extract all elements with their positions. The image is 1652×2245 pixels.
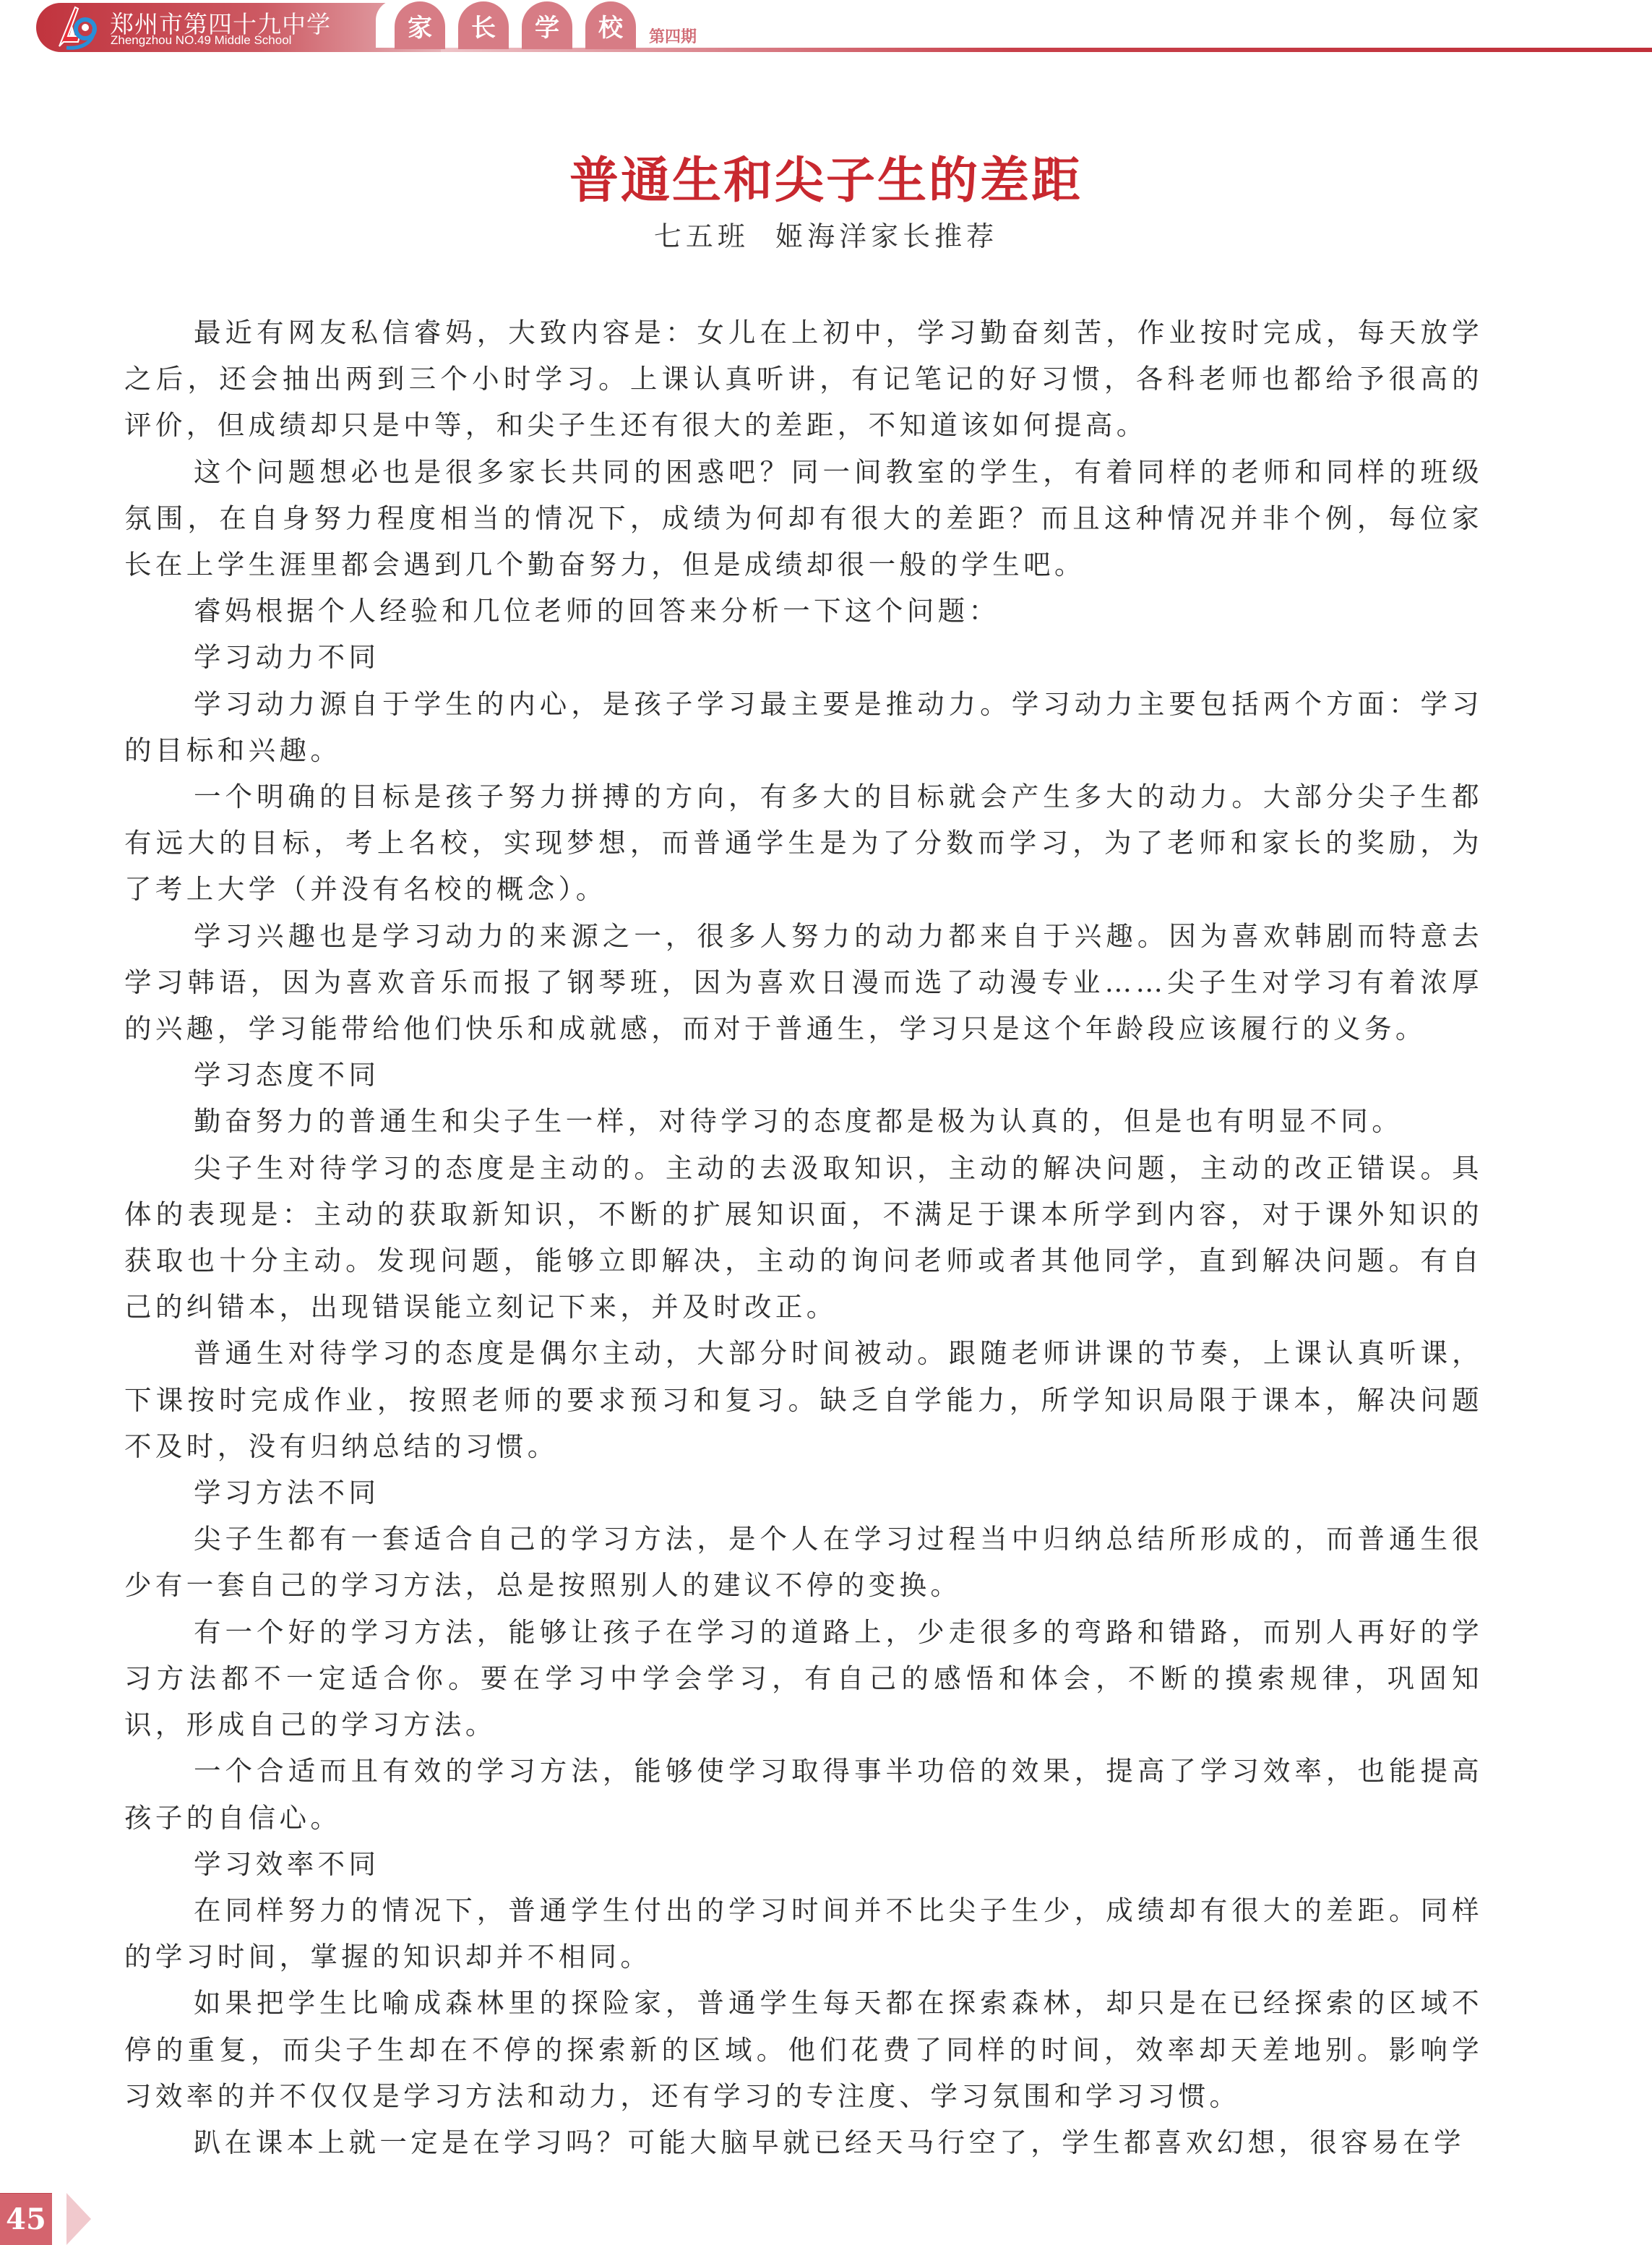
issue-label: 第四期 — [649, 25, 697, 47]
paragraph: 学习兴趣也是学习动力的来源之一，很多人努力的动力都来自于兴趣。因为喜欢韩剧而特意… — [124, 913, 1483, 1052]
section-heading: 学习动力不同 — [124, 634, 1483, 680]
page-number: 45 — [0, 2193, 52, 2245]
paragraph: 尖子生对待学习的态度是主动的。主动的去汲取知识，主动的解决问题，主动的改正错误。… — [124, 1145, 1483, 1331]
triangle-right-icon — [66, 2193, 91, 2245]
paragraph: 一个合适而且有效的学习方法，能够使学习取得事半功倍的效果，提高了学习效率，也能提… — [124, 1748, 1483, 1840]
paragraph: 勤奋努力的普通生和尖子生一样，对待学习的态度都是极为认真的，但是也有明显不同。 — [124, 1098, 1483, 1144]
article-title: 普通生和尖子生的差距 — [0, 142, 1652, 212]
paragraph: 尖子生都有一套适合自己的学习方法，是个人在学习过程当中归纳总结所形成的，而普通生… — [124, 1516, 1483, 1608]
paragraph: 最近有网友私信睿妈，大致内容是：女儿在上初中，学习勤奋刻苦，作业按时完成，每天放… — [124, 309, 1483, 449]
paragraph: 普通生对待学习的态度是偶尔主动，大部分时间被动。跟随老师讲课的节奏，上课认真听课… — [124, 1330, 1483, 1469]
paragraph: 一个明确的目标是孩子努力拼搏的方向，有多大的目标就会产生多大的动力。大部分尖子生… — [124, 773, 1483, 913]
paragraph: 这个问题想必也是很多家长共同的困惑吧？同一间教室的学生，有着同样的老师和同样的班… — [124, 449, 1483, 588]
school-49-logo-icon — [53, 4, 101, 51]
section-heading: 学习态度不同 — [124, 1052, 1483, 1098]
paragraph: 学习动力源自于学生的内心，是孩子学习最主要是推动力。学习动力主要包括两个方面：学… — [124, 681, 1483, 773]
paragraph: 有一个好的学习方法，能够让孩子在学习的道路上，少走很多的弯路和错路，而别人再好的… — [124, 1609, 1483, 1748]
paragraph: 睿妈根据个人经验和几位老师的回答来分析一下这个问题： — [124, 588, 1483, 634]
section-char-xue: 学 — [522, 1, 572, 49]
article-body: 最近有网友私信睿妈，大致内容是：女儿在上初中，学习勤奋刻苦，作业按时完成，每天放… — [124, 309, 1483, 2165]
section-heading: 学习方法不同 — [124, 1469, 1483, 1516]
section-char-jia: 家 — [395, 1, 445, 49]
paragraph: 趴在课本上就一定是在学习吗？可能大脑早就已经天马行空了，学生都喜欢幻想，很容易在… — [124, 2119, 1483, 2165]
article-byline: 七五班 姬海洋家长推荐 — [0, 214, 1652, 254]
section-char-zhang: 长 — [458, 1, 509, 49]
paragraph: 在同样努力的情况下，普通学生付出的学习时间并不比尖子生少，成绩却有很大的差距。同… — [124, 1887, 1483, 1980]
paragraph: 如果把学生比喻成森林里的探险家，普通学生每天都在探索森林，却只是在已经探索的区域… — [124, 1980, 1483, 2119]
section-char-xiao: 校 — [585, 1, 636, 49]
school-name-en: Zhengzhou NO.49 Middle School — [111, 33, 291, 48]
section-heading: 学习效率不同 — [124, 1841, 1483, 1887]
